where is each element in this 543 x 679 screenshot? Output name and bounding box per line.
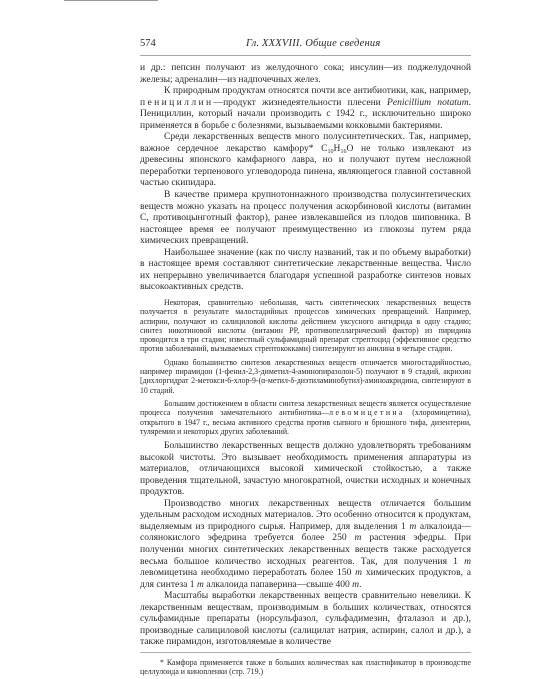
text: алкалоида папаверина—свыше 400: [204, 579, 350, 590]
footnote-rule: [140, 652, 471, 653]
smallprint-paragraph: Некоторая, сравнительно небольшая, часть…: [140, 298, 471, 354]
smallprint-paragraph: Однако большинство синтезов лекарственны…: [140, 358, 471, 395]
scan-edge-line: [64, 0, 158, 1]
species-name: Penicillium notatum: [387, 97, 469, 108]
unit-ton: т: [197, 579, 204, 590]
text: К природным продуктам относятся почти вс…: [164, 85, 471, 96]
book-page: 574 Гл. XXXVIII. Общие сведения и др.: п…: [140, 38, 471, 677]
page-body: и др.: пепсин получают из желудочного со…: [140, 62, 471, 648]
paragraph-antibiotics: К природным продуктам относятся почти вс…: [140, 85, 471, 131]
paragraph-purity: Большинство лекарственных веществ должно…: [140, 440, 471, 498]
paragraph-ascorbic: В качестве примера крупнотоннажного прои…: [140, 189, 471, 247]
footnote: * Камфора применяется также в больших ко…: [140, 658, 471, 677]
running-title: Гл. XXXVIII. Общие сведения: [246, 38, 380, 49]
term-penicillin: пенициллин: [140, 97, 214, 108]
text: —продукт жизнедеятельности плесени: [214, 97, 381, 108]
paragraph-scale: Масштабы выработки лекарственных веществ…: [140, 590, 471, 648]
unit-ton: т: [464, 556, 471, 567]
page-number: 574: [140, 38, 156, 49]
header-rule: [140, 55, 471, 56]
text: .: [359, 579, 361, 590]
term-levomycetin: левомицетина: [329, 408, 405, 417]
paragraph: и др.: пепсин получают из желудочного со…: [140, 62, 471, 85]
paragraph-consumption: Производство многих лекарственных вещест…: [140, 498, 471, 590]
paragraph-semisynthetic: Среди лекарственных веществ много полуси…: [140, 131, 471, 189]
page-header: 574 Гл. XXXVIII. Общие сведения: [140, 38, 471, 51]
smallprint-paragraph: Большим достижением в области синтеза ле…: [140, 399, 471, 436]
paragraph-synthetic: Наибольшее значение (как по числу назван…: [140, 247, 471, 293]
text: левомицетина необходимо переработать бол…: [140, 567, 351, 578]
